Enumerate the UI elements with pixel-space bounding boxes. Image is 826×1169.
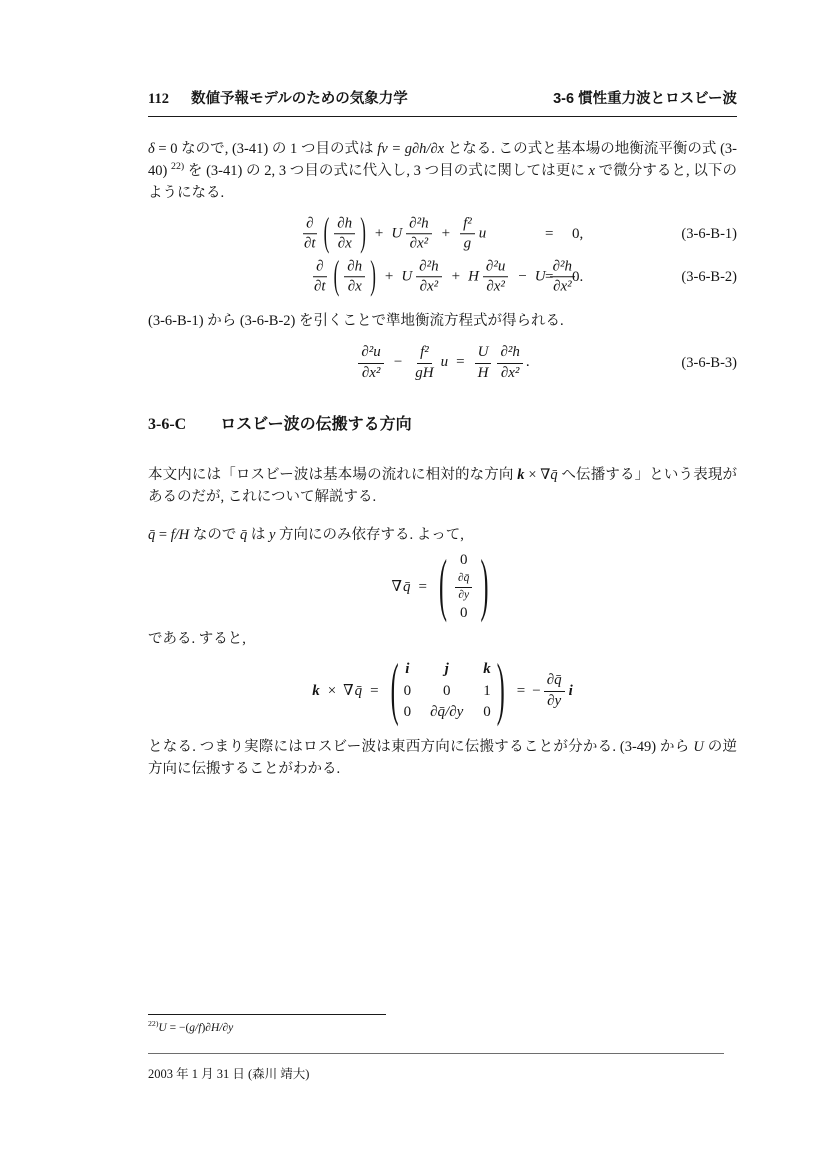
math-token: f² [460,215,475,234]
math-token: ∂q̄ [544,672,565,691]
math-token: q̄ [403,579,411,595]
equals-sign: = [545,266,553,288]
paragraph-dearu: である. すると, [148,628,737,650]
equation-lead: k×∇q̄= [311,680,385,702]
text-segment: fv = g∂h/∂x [377,141,444,157]
equation-3-6-B-3: ∂²u∂x²−f²gHu=UH∂²h∂x². (3-6-B-3) [148,338,737,388]
text-segment: ∂H/∂y [205,1022,233,1034]
text-segment: = [155,527,170,543]
math-token: ∂x² [407,234,432,252]
equation-rhs: 0, [572,223,583,245]
math-token: ) [370,251,376,303]
math-token: × [328,683,336,699]
math-token: ∂²u [358,344,383,363]
text-segment: である. すると, [148,631,246,647]
text-segment: U [693,739,703,755]
section-heading: 3-6-C ロスビー波の伝搬する方向 [148,414,737,436]
footnote: 22)U = −(g/f)∂H/∂y [148,1014,386,1036]
math-token: ∂t [301,234,319,252]
main-content: δ = 0 なので, (3-41) の 1 つ目の式は fv = g∂h/∂x … [148,134,737,780]
math-token: f²gH [412,344,436,382]
math-token: g [461,234,475,252]
text-segment: (3-6-B-1) から (3-6-B-2) を引くことで準地衡流方程式が得られ… [148,313,564,329]
math-token: ∂y [544,692,564,710]
math-token: ∂²u∂x² [358,344,383,382]
text-segment: となる. つまり実際にはロスビー波は東西方向に伝搬することが分かる. (3-49… [148,739,693,755]
math-token: k [312,683,320,699]
text-segment: は [247,527,269,543]
equation-number: (3-6-B-2) [681,266,737,288]
equation-lhs: ∂∂t(∂h∂x)+U∂²h∂x²+H∂²u∂x²−U∂²h∂x² [308,258,578,296]
matrix-cell: ∂q̄/∂y [430,704,463,721]
math-token: ∂x² [483,277,508,295]
math-token: u [441,354,449,370]
equation-k-cross-nabla-q: k×∇q̄= ( i j k 0 0 1 0 ∂q̄/∂y 0 ) =−∂q̄∂… [148,652,737,730]
math-token: = [419,579,427,595]
footer-date: 2003 年 1 月 31 日 (森川 靖大) [148,1067,309,1081]
math-token: ) [360,208,366,260]
footnote-text: 22)U = −(g/f)∂H/∂y [148,1022,233,1034]
equation-lead: ∇q̄= [392,576,434,598]
math-token: ∂∂t [311,258,329,296]
paragraph-subtract: (3-6-B-1) から (3-6-B-2) を引くことで準地衡流方程式が得られ… [148,310,737,332]
left-paren: ( [391,659,399,723]
math-token: ∂h∂x [334,215,355,253]
math-token: H [475,364,492,382]
math-token: ∂²u [483,258,508,277]
matrix-cell: j [445,661,449,678]
left-paren: ( [439,555,447,619]
math-token: ∂x² [498,364,523,382]
vector-entry: 0 [460,552,468,569]
paragraph-rossby-intro: 本文内には「ロスビー波は基本場の流れに相対的な方向 k × ∇q̄ へ伝播する」… [148,464,737,508]
equation-number: (3-6-B-3) [681,352,737,374]
text-segment: 22) [148,1019,158,1028]
math-token: ∂²h [416,258,441,277]
text-segment: = 0 なので, (3-41) の 1 つ目の式は [155,141,377,157]
math-token: ∂x² [417,277,442,295]
fraction-denominator: ∂y [455,588,472,603]
matrix-cell: 0 [443,683,451,700]
fraction-numerator: ∂q̄ [455,572,472,588]
math-token: H [468,266,479,288]
book-title: 数値予報モデルのための気象力学 [191,88,408,110]
matrix-cell: i [405,661,409,678]
section-number: 3-6-C [148,414,186,436]
math-token: ( [324,208,330,260]
math-token: ∂²h∂x² [497,344,522,382]
math-token: ∂²h [406,215,431,234]
text-segment: = −( [167,1022,190,1034]
math-token: = [517,680,525,702]
math-token: ∂∂t [301,215,319,253]
matrix-cell: 0 [404,704,412,721]
matrix-cell: 1 [483,683,491,700]
page-footer: 2003 年 1 月 31 日 (森川 靖大) [148,1053,724,1085]
math-token: U [535,266,546,288]
equals-sign: = [545,223,553,245]
text-segment: 方向にのみ依存する. よって, [275,527,464,543]
math-token: ∂ [313,258,326,277]
column-vector: 0 ∂q̄ ∂y 0 [452,552,475,622]
matrix-cell: k [483,661,491,678]
math-token: − [532,680,540,702]
equation-tail: =−∂q̄∂yi [510,672,574,710]
math-token: ∂²h [497,344,522,363]
math-token: ∂²h∂x² [406,215,431,253]
matrix-cell: 0 [404,683,412,700]
math-token: ∂h [334,215,355,234]
document-page: 112 数値予報モデルのための気象力学 3-6 慣性重力波とロスビー波 δ = … [0,0,826,1169]
math-token: f²g [460,215,475,253]
math-token: ∂x² [550,277,575,295]
equation-rhs: 0. [572,266,583,288]
text-segment: δ [148,141,155,157]
text-segment: f/H [171,527,190,543]
math-token: + [442,223,450,245]
right-paren: ) [497,659,505,723]
text-segment: を (3-41) の 2, 3 つ目の式に代入し, 3 つ目の式に関しては更に [184,163,588,179]
text-segment: × ∇ [525,467,551,483]
paragraph-intro: δ = 0 なので, (3-41) の 1 つ目の式は fv = g∂h/∂x … [148,138,737,204]
page-header: 112 数値予報モデルのための気象力学 3-6 慣性重力波とロスビー波 [148,88,737,117]
text-segment: g/f [189,1022,201,1034]
text-segment: なので [189,527,240,543]
math-token: ∂x [345,277,365,295]
math-token: . [526,354,530,370]
text-segment: q̄ [550,467,557,483]
text-segment: 本文内には「ロスビー波は基本場の流れに相対的な方向 [148,467,517,483]
equation-body: ∂²u∂x²−f²gHu=UH∂²h∂x². [355,344,529,382]
math-token: + [452,266,460,288]
math-token: ∂ [303,215,316,234]
math-token: ∂h∂x [344,258,365,296]
text-segment: 22) [171,161,184,172]
right-paren: ) [480,555,488,619]
math-token: + [385,266,393,288]
math-token: gH [412,364,436,382]
equation-3-6-B-1: ∂∂t(∂h∂x)+U∂²h∂x²+f²gu = 0, (3-6-B-1) [148,212,737,255]
math-token: ∂t [311,277,329,295]
page-number: 112 [148,88,169,110]
math-token: − [394,354,402,370]
math-token: = [456,354,464,370]
paragraph-qbar: q̄ = f/H なので q̄ は y 方向にのみ依存する. よって, [148,524,737,546]
math-token: U [391,223,402,245]
equation-number: (3-6-B-1) [681,223,737,245]
header-left: 112 数値予報モデルのための気象力学 [148,88,408,110]
text-segment: k [517,467,524,483]
math-token: ( [334,251,340,303]
math-token: − [518,266,526,288]
paragraph-conclusion: となる. つまり実際にはロスビー波は東西方向に伝搬することが分かる. (3-49… [148,736,737,780]
math-token: UH [475,344,492,382]
vector-entry: 0 [460,605,468,622]
matrix: i j k 0 0 1 0 ∂q̄/∂y 0 [404,661,492,721]
math-token: ∂q̄∂y [544,672,565,710]
section-running-title: 3-6 慣性重力波とロスビー波 [553,88,737,110]
math-token: i [569,680,573,702]
math-token: ∇ [343,683,353,699]
math-token: q̄ [355,683,363,699]
math-token: ∂²h∂x² [416,258,441,296]
math-token: + [375,223,383,245]
math-token: = [370,683,378,699]
equation-nabla-q: ∇q̄= ( 0 ∂q̄ ∂y 0 ) [148,550,737,624]
equation-lhs: ∂∂t(∂h∂x)+U∂²h∂x²+f²gu [298,215,487,253]
math-token: U [475,344,492,363]
footnote-rule [148,1014,386,1015]
equation-3-6-B-2: ∂∂t(∂h∂x)+U∂²h∂x²+H∂²u∂x²−U∂²h∂x² = 0. (… [148,255,737,298]
math-token: U [401,266,412,288]
math-token: ∇ [392,579,402,595]
matrix-cell: 0 [483,704,491,721]
math-token: ∂x² [359,364,384,382]
section-title: ロスビー波の伝搬する方向 [220,414,411,436]
math-token: u [479,223,487,245]
equation-group: ∂∂t(∂h∂x)+U∂²h∂x²+f²gu = 0, (3-6-B-1) ∂∂… [148,212,737,298]
math-token: ∂²u∂x² [483,258,508,296]
math-token: ∂h [344,258,365,277]
text-segment: U [158,1022,166,1034]
math-token: f² [417,344,432,363]
vector-entry-fraction: ∂q̄ ∂y [455,572,472,603]
